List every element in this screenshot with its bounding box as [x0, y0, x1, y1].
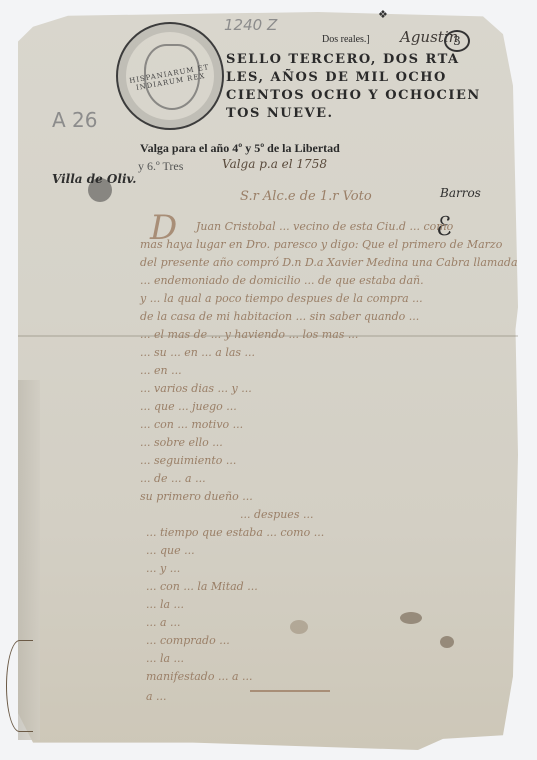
stain [400, 612, 422, 624]
body-line: del presente año compró D.n D.a Xavier M… [140, 256, 518, 269]
body-line: ... en ... [140, 364, 182, 377]
body-line: ... y ... [146, 562, 180, 575]
price-label: Dos reales.] [322, 34, 370, 45]
salutation: S.r Alc.e de 1.r Voto [240, 189, 372, 204]
pencil-catalog-number: 1240 Z [224, 16, 277, 34]
stain [290, 620, 308, 634]
body-line: ... la ... [146, 652, 184, 665]
body-line: ... de ... a ... [140, 472, 206, 485]
body-line: ... el mas de ... y haviendo ... los mas… [140, 328, 358, 341]
printed-title-line-4: TOS NUEVE. [226, 106, 334, 121]
archive-mark: A 26 [52, 108, 98, 132]
body-line: ... su ... en ... a las ... [140, 346, 255, 359]
body-line: ... a ... [146, 616, 181, 629]
body-line: ... la ... [146, 598, 184, 611]
body-line: manifestado ... a ... [146, 670, 253, 683]
royal-seal-stamp: HISPANIARUM ET INDIARUM REX [116, 22, 224, 130]
body-line: ... seguimiento ... [140, 454, 236, 467]
ornament-icon: ❖ [378, 8, 388, 21]
body-line: ... varios dias ... y ... [140, 382, 252, 395]
printed-title-line-3: CIENTOS OCHO Y OCHOCIEN [226, 88, 481, 103]
body-line: de la casa de mi habitacion ... sin sabe… [140, 310, 419, 323]
closing-rule [250, 690, 330, 692]
body-line: a ... [146, 690, 167, 703]
body-line: y ... la qual a poco tiempo despues de l… [140, 292, 423, 305]
body-line: ... con ... motivo ... [140, 418, 243, 431]
body-line: ... que ... juego ... [140, 400, 237, 413]
circled-number: 3 [444, 30, 470, 52]
body-line: su primero dueño ... [140, 490, 253, 503]
body-line: ... despues ... [240, 508, 313, 521]
validity-line-1: Valga para el año 4º y 5º de la Libertad [140, 141, 340, 156]
margin-flourish: Barros [440, 186, 481, 200]
body-line: ... endemoniado de domicilio ... de que … [140, 274, 424, 287]
body-line: mas haya lugar en Dro. paresco y digo: Q… [140, 238, 502, 251]
body-line: ... con ... la Mitad ... [146, 580, 258, 593]
body-line: ... sobre ello ... [140, 436, 223, 449]
stain [440, 636, 454, 648]
printed-title-line-2: LES, AÑOS DE MIL OCHO [226, 70, 447, 85]
body-line: ... comprado ... [146, 634, 230, 647]
printed-title-line-1: SELLO TERCERO, DOS RTA [226, 52, 460, 67]
validity-line-2: y 6.º Tres [138, 159, 183, 174]
validity-handwritten: Valga p.a el 1758 [222, 157, 327, 171]
body-line: ... que ... [146, 544, 195, 557]
ink-seal-icon [88, 178, 112, 202]
binding-thread [6, 640, 33, 732]
body-line: Juan Cristobal ... vecino de esta Ciu.d … [196, 220, 453, 233]
body-line: ... tiempo que estaba ... como ... [146, 526, 324, 539]
